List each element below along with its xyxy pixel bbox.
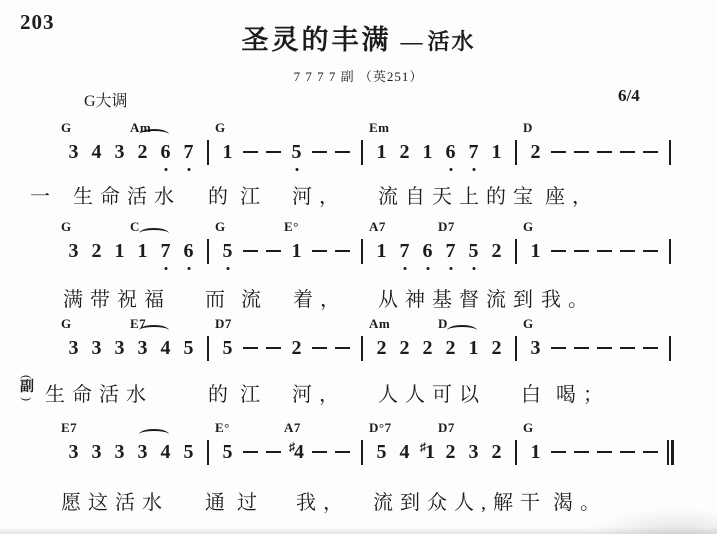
- time-signature: 6/4: [618, 86, 640, 106]
- note: G1: [216, 139, 239, 165]
- duration-dash: [639, 139, 662, 165]
- lyric-segment: 生命活水: [73, 180, 181, 209]
- chord-label: G: [215, 219, 226, 235]
- duration-dash: [593, 139, 616, 165]
- lyric-segment: 流: [241, 283, 268, 312]
- note: D75: [216, 335, 239, 361]
- lyric-segment: 人人可以: [378, 378, 486, 407]
- lyric-segment: 过: [237, 486, 264, 515]
- dash-mark: [551, 151, 566, 153]
- duration-dash: [308, 139, 331, 165]
- note: 3: [108, 139, 131, 165]
- note: 2: [85, 238, 108, 264]
- note: D72: [439, 439, 462, 465]
- lyric-segment: 一: [30, 180, 57, 209]
- dash-mark: [643, 451, 658, 453]
- dash-mark: [574, 451, 589, 453]
- duration-dash: [308, 439, 331, 465]
- duration-dash: [547, 335, 570, 361]
- duration-dash: [593, 335, 616, 361]
- key-signature: G大调: [84, 88, 128, 111]
- low-octave-dot: [472, 267, 475, 270]
- chord-label: D7: [438, 219, 455, 235]
- duration-dash: [239, 238, 262, 264]
- refrain-marker-text: 副: [20, 381, 34, 395]
- note: C1: [131, 238, 154, 264]
- bar-stroke: [207, 239, 209, 264]
- dash-mark: [574, 250, 589, 252]
- note: D77: [439, 238, 462, 264]
- hymn-title: 圣灵的丰满—活水: [0, 18, 717, 57]
- barline: [508, 139, 524, 165]
- meter-info: 7 7 7 7 副 （英251）: [0, 66, 717, 85]
- note: 2: [485, 335, 508, 361]
- barline: [508, 439, 524, 465]
- duration-dash: [547, 238, 570, 264]
- chord-label: D7: [215, 316, 232, 332]
- bar-stroke: [669, 336, 671, 361]
- dash-mark: [620, 347, 635, 349]
- lyric-segment: 江: [240, 180, 267, 209]
- lyric-segment: 满带祝福: [63, 283, 171, 312]
- dash-mark: [312, 250, 327, 252]
- note: 6: [154, 139, 177, 165]
- hymn-title-sub: 活水: [427, 29, 475, 54]
- barline: [200, 139, 216, 165]
- lyric-segment: 河，: [292, 378, 346, 407]
- dash-mark: [266, 151, 281, 153]
- note: 2: [393, 139, 416, 165]
- bar-stroke: [667, 440, 669, 465]
- note: 4: [154, 439, 177, 465]
- dash-mark: [574, 151, 589, 153]
- duration-dash: [239, 335, 262, 361]
- bar-stroke: [671, 440, 674, 465]
- barline: [354, 439, 370, 465]
- lyric-segment: 我，: [296, 486, 350, 515]
- note: 2: [416, 335, 439, 361]
- bar-stroke: [207, 140, 209, 165]
- note: G1: [524, 439, 547, 465]
- duration-dash: [239, 439, 262, 465]
- lyric-segment: 的: [208, 180, 235, 209]
- lyric-segment: 河，: [292, 180, 346, 209]
- duration-dash: [639, 439, 662, 465]
- bar-stroke: [361, 239, 363, 264]
- dash-mark: [266, 451, 281, 453]
- duration-dash: [331, 439, 354, 465]
- lyric-segment: 着，: [293, 283, 347, 312]
- note: 1: [108, 238, 131, 264]
- barline: [662, 139, 678, 165]
- note: G3: [62, 335, 85, 361]
- dash-mark: [243, 347, 258, 349]
- note: Am2: [131, 139, 154, 165]
- chord-label: D°7: [369, 420, 392, 436]
- note: 7: [177, 139, 200, 165]
- note: G3: [62, 238, 85, 264]
- duration-dash: [547, 139, 570, 165]
- duration-dash: [331, 238, 354, 264]
- barline: [508, 335, 524, 361]
- note: G1: [524, 238, 547, 264]
- lyric-line-1: 一生命活水的江河，流自天上的宝座，: [0, 180, 717, 208]
- note: E°5: [216, 439, 239, 465]
- barline: [662, 335, 678, 361]
- barline: [354, 139, 370, 165]
- duration-dash: [593, 238, 616, 264]
- dash-mark: [643, 250, 658, 252]
- note: 5: [462, 238, 485, 264]
- duration-dash: [616, 439, 639, 465]
- low-octave-dot: [449, 168, 452, 171]
- duration-dash: [262, 238, 285, 264]
- chord-label: G: [61, 219, 72, 235]
- lyric-segment: 我。: [541, 283, 595, 312]
- note: 7: [393, 238, 416, 264]
- duration-dash: [308, 238, 331, 264]
- duration-dash: [262, 139, 285, 165]
- note: 1: [462, 335, 485, 361]
- note: G3: [524, 335, 547, 361]
- bar-stroke: [515, 140, 517, 165]
- lyric-segment: 通: [205, 486, 232, 515]
- chord-label: E7: [61, 420, 77, 436]
- lyric-segment: 生命活水: [45, 378, 153, 407]
- dash-mark: [551, 250, 566, 252]
- dash-mark: [597, 250, 612, 252]
- dash-mark: [551, 347, 566, 349]
- dash-mark: [551, 451, 566, 453]
- lyric-segment: 愿这活水: [61, 486, 169, 515]
- note: Am2: [370, 335, 393, 361]
- low-octave-dot: [226, 267, 229, 270]
- bar-stroke: [361, 336, 363, 361]
- chord-label: G: [215, 120, 226, 136]
- note: A7♯4: [285, 439, 308, 465]
- note: 5: [177, 439, 200, 465]
- note: E°1: [285, 238, 308, 264]
- duration-dash: [639, 238, 662, 264]
- duration-dash: [570, 238, 593, 264]
- lyric-segment: 的: [208, 378, 235, 407]
- barline: [354, 335, 370, 361]
- notation-line-4: E7333345E°5A7♯4D°754♯1D7232G1: [62, 439, 678, 465]
- bar-stroke: [515, 239, 517, 264]
- note: 3: [85, 335, 108, 361]
- notation-line-1: G343Am267G15Em121671D2: [62, 139, 678, 165]
- notation-line-2: G321C176G5E°1A7176D7752G1: [62, 238, 678, 264]
- chord-label: A7: [284, 420, 301, 436]
- dash-mark: [243, 250, 258, 252]
- barline: [200, 439, 216, 465]
- duration-dash: [308, 335, 331, 361]
- dash-mark: [335, 250, 350, 252]
- note: 5: [177, 335, 200, 361]
- note: 1: [416, 139, 439, 165]
- duration-dash: [616, 335, 639, 361]
- duration-dash: [616, 238, 639, 264]
- bar-stroke: [207, 336, 209, 361]
- note: D2: [524, 139, 547, 165]
- barline: [508, 238, 524, 264]
- scan-artifact: [587, 508, 717, 534]
- duration-dash: [547, 439, 570, 465]
- lyric-segment: 座，: [545, 180, 599, 209]
- chord-label: G: [523, 316, 534, 332]
- dash-mark: [335, 347, 350, 349]
- dash-mark: [574, 347, 589, 349]
- note: 4: [85, 139, 108, 165]
- chord-label: E°: [284, 219, 299, 235]
- chord-label: D7: [438, 420, 455, 436]
- dash-mark: [243, 151, 258, 153]
- bar-stroke: [361, 140, 363, 165]
- note: 2: [285, 335, 308, 361]
- chord-label: G: [61, 120, 72, 136]
- bar-stroke: [669, 140, 671, 165]
- bar-stroke: [207, 440, 209, 465]
- barline: [200, 238, 216, 264]
- note: 2: [485, 439, 508, 465]
- note: ♯1: [416, 439, 439, 465]
- notation-line-3: G333E7345D752Am222D212G3: [62, 335, 678, 361]
- final-barline: [662, 439, 678, 465]
- dash-mark: [312, 451, 327, 453]
- dash-mark: [620, 250, 635, 252]
- duration-dash: [262, 439, 285, 465]
- bar-stroke: [515, 440, 517, 465]
- note: G5: [216, 238, 239, 264]
- bracket-top: (: [23, 375, 31, 379]
- duration-dash: [639, 335, 662, 361]
- low-octave-dot: [187, 267, 190, 270]
- dash-mark: [243, 451, 258, 453]
- low-octave-dot: [449, 267, 452, 270]
- note: 3: [131, 439, 154, 465]
- chord-label: G: [523, 420, 534, 436]
- dash-mark: [597, 347, 612, 349]
- note: G3: [62, 139, 85, 165]
- note: 3: [85, 439, 108, 465]
- title-dash: —: [400, 29, 422, 54]
- hymn-title-main: 圣灵的丰满: [241, 25, 391, 55]
- duration-dash: [570, 335, 593, 361]
- chord-label: Am: [369, 316, 390, 332]
- note: A71: [370, 238, 393, 264]
- lyric-segment: 喝；: [556, 378, 610, 407]
- note: 7: [154, 238, 177, 264]
- lyric-line-3: (副)生命活水的江河，人人可以白喝；: [0, 378, 717, 406]
- duration-dash: [331, 139, 354, 165]
- dash-mark: [620, 151, 635, 153]
- barline: [200, 335, 216, 361]
- chord-label: A7: [369, 219, 386, 235]
- low-octave-dot: [164, 168, 167, 171]
- dash-mark: [266, 250, 281, 252]
- sharp-sign: ♯: [289, 440, 295, 455]
- bar-stroke: [515, 336, 517, 361]
- note: 2: [393, 335, 416, 361]
- dash-mark: [335, 151, 350, 153]
- chord-label: Em: [369, 120, 390, 136]
- note: D2: [439, 335, 462, 361]
- chord-label: E°: [215, 420, 230, 436]
- note: 6: [177, 238, 200, 264]
- note: 4: [154, 335, 177, 361]
- note: E73: [131, 335, 154, 361]
- low-octave-dot: [295, 168, 298, 171]
- note: 6: [439, 139, 462, 165]
- dash-mark: [643, 151, 658, 153]
- note: 3: [108, 335, 131, 361]
- dash-mark: [335, 451, 350, 453]
- barline: [662, 238, 678, 264]
- note: 7: [462, 139, 485, 165]
- duration-dash: [331, 335, 354, 361]
- duration-dash: [262, 335, 285, 361]
- sharp-sign: ♯: [420, 440, 426, 455]
- note: 1: [485, 139, 508, 165]
- duration-dash: [570, 139, 593, 165]
- duration-dash: [239, 139, 262, 165]
- dash-mark: [643, 347, 658, 349]
- low-octave-dot: [403, 267, 406, 270]
- bar-stroke: [669, 239, 671, 264]
- dash-mark: [312, 151, 327, 153]
- dash-mark: [266, 347, 281, 349]
- lyric-segment: 而: [205, 283, 232, 312]
- score-page: 203 圣灵的丰满—活水 7 7 7 7 副 （英251） G大调 6/4 G3…: [0, 0, 717, 534]
- dash-mark: [597, 151, 612, 153]
- note: 6: [416, 238, 439, 264]
- chord-label: D: [523, 120, 533, 136]
- note: 3: [108, 439, 131, 465]
- duration-dash: [593, 439, 616, 465]
- low-octave-dot: [164, 267, 167, 270]
- dash-mark: [620, 451, 635, 453]
- low-octave-dot: [187, 168, 190, 171]
- chord-label: G: [523, 219, 534, 235]
- note: Em1: [370, 139, 393, 165]
- lyric-segment: 江: [240, 378, 267, 407]
- barline: [354, 238, 370, 264]
- note: 3: [462, 439, 485, 465]
- dash-mark: [312, 347, 327, 349]
- lyric-line-2: 满带祝福而流着，从神基督流到我。: [0, 283, 717, 311]
- lyric-segment: 流到众人,解干: [373, 486, 547, 515]
- chord-label: G: [61, 316, 72, 332]
- low-octave-dot: [472, 168, 475, 171]
- low-octave-dot: [426, 267, 429, 270]
- lyric-segment: 从神基督流到: [378, 283, 540, 312]
- duration-dash: [616, 139, 639, 165]
- dash-mark: [597, 451, 612, 453]
- note: E73: [62, 439, 85, 465]
- note: 2: [485, 238, 508, 264]
- lyric-segment: 流自天上的宝: [378, 180, 540, 209]
- lyric-segment: 白: [521, 378, 548, 407]
- note: 4: [393, 439, 416, 465]
- bracket-bottom: ): [23, 397, 31, 401]
- bar-stroke: [361, 440, 363, 465]
- refrain-marker: (副): [20, 373, 34, 403]
- duration-dash: [570, 439, 593, 465]
- note: D°75: [370, 439, 393, 465]
- note: 5: [285, 139, 308, 165]
